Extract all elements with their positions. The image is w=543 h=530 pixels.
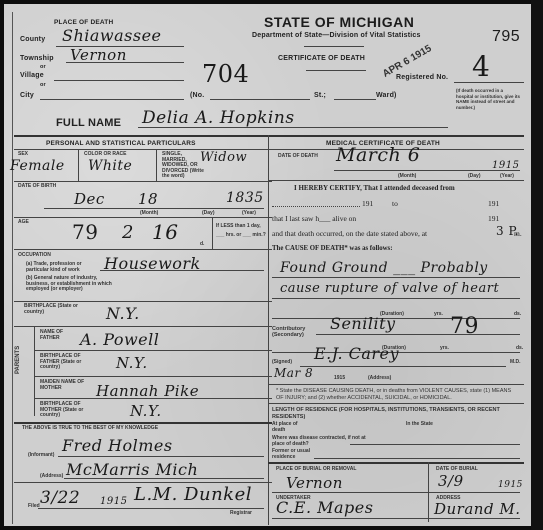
undertaker-address: Durand M. (434, 500, 520, 518)
residence-label: LENGTH OF RESIDENCE (FOR HOSPITALS, INST… (272, 407, 520, 420)
father-label: NAME OF FATHER (40, 330, 80, 341)
burial-date: 3/9 (438, 472, 464, 490)
at-place-label: At place of death (272, 422, 312, 433)
dob-day: 18 (138, 190, 158, 208)
occupation-label: OCCUPATION (18, 253, 51, 259)
village-label: Village (20, 72, 44, 79)
mother-birthplace-value: N.Y. (130, 402, 162, 420)
signed-date: Mar 8 (274, 366, 313, 380)
registered-no: 4 (472, 50, 490, 83)
father-birthplace-value: N.Y. (116, 354, 148, 372)
sex-value: Female (10, 158, 65, 174)
scan-edge (531, 0, 543, 530)
age-years: 79 (72, 220, 98, 244)
full-name-label: FULL NAME (56, 117, 121, 129)
registrar-signature: L.M. Dunkel (134, 484, 252, 505)
birthplace-label: BIRTHPLACE (State or country) (24, 304, 84, 315)
certificate-title: CERTIFICATE OF DEATH (278, 55, 365, 62)
contributory-duration: 79 (450, 314, 479, 339)
cause-line-1: Found Ground ___ Probably (280, 260, 488, 276)
burial-place-value: Vernon (286, 474, 343, 492)
filed-year: 1915 (100, 496, 127, 507)
signed-year: 1915 (334, 376, 345, 382)
age-days: 16 (152, 220, 178, 244)
last-saw-text: that I last saw h___ alive on (272, 214, 356, 223)
left-border (12, 12, 13, 524)
burial-place-label: PLACE OF BURIAL OR REMOVAL (276, 467, 356, 473)
informant-value: Fred Holmes (62, 436, 173, 455)
dod-label: DATE OF DEATH (278, 154, 318, 160)
hospital-note: (If death occurred in a hospital or inst… (456, 88, 520, 110)
registered-no-label: Registered No. (396, 74, 448, 81)
age-months: 2 (122, 222, 134, 243)
marital-value: Widow (200, 150, 247, 165)
mother-label: MAIDEN NAME OF MOTHER (40, 380, 90, 391)
in-state-label: In the State (406, 422, 436, 428)
county-value: Shiawassee (62, 26, 162, 45)
father-value: A. Powell (80, 330, 159, 349)
death-occurred-text: and that death occurred, on the date sta… (272, 229, 427, 238)
informant-heading: THE ABOVE IS TRUE TO THE BEST OF MY KNOW… (22, 426, 158, 432)
parents-label: PARENTS (16, 346, 22, 374)
dod-month-day: March 6 (336, 144, 420, 166)
birthplace-value: N.Y. (106, 304, 140, 323)
full-name-value: Delia A. Hopkins (142, 108, 295, 128)
where-contracted-label: Where was disease contracted, if not at … (272, 436, 372, 447)
certify-text: I HEREBY CERTIFY, That I attended deceas… (294, 184, 455, 192)
dob-year: 1835 (226, 190, 264, 206)
footnote: * State the DISEASE CAUSING DEATH, or in… (276, 388, 516, 401)
mother-birthplace-label: BIRTHPLACE OF MOTHER (State or country) (40, 402, 100, 419)
state-title: STATE OF MICHIGAN (264, 14, 414, 30)
physician-signature: E.J. Carey (314, 344, 399, 363)
city-label: City (20, 92, 34, 99)
place-of-death-label: PLACE OF DEATH (54, 19, 113, 26)
less-than-day-label: If LESS than 1 day, ___ hrs. or ___ min.… (216, 222, 266, 240)
margin-number: 704 (202, 60, 249, 88)
color-value: White (88, 158, 132, 174)
dob-label: DATE OF BIRTH (18, 184, 56, 190)
informant-address: McMarris Mich (66, 460, 198, 479)
occupation-a-label: (a) Trade, profession or particular kind… (26, 262, 102, 273)
department-line: Department of State—Division of Vital St… (252, 32, 421, 39)
undertaker-value: C.E. Mapes (276, 498, 373, 517)
contributory-value: Senility (330, 314, 396, 333)
color-label: COLOR OR RACE (84, 152, 127, 158)
personal-section-title: PERSONAL AND STATISTICAL PARTICULARS (46, 140, 196, 147)
sex-label: SEX (18, 152, 28, 158)
county-label: County (20, 36, 45, 43)
death-certificate: PLACE OF DEATH County Shiawassee Townshi… (4, 4, 531, 526)
township-label: Township (20, 55, 54, 62)
age-label: AGE (18, 220, 29, 226)
filed-date: 3/22 (40, 488, 80, 508)
file-number: 795 (492, 28, 520, 46)
dob-month: Dec (74, 190, 105, 208)
cause-label: The CAUSE OF DEATH* was as follows: (272, 245, 392, 252)
occupation-b-label: (b) General nature of industry, business… (26, 276, 116, 293)
cause-line-2: cause rupture of valve of heart (280, 281, 499, 296)
father-birthplace-label: BIRTHPLACE OF FATHER (State or country) (40, 354, 100, 371)
contributory-label: Contributory (Secondary) (272, 326, 318, 338)
burial-year: 1915 (498, 480, 523, 490)
